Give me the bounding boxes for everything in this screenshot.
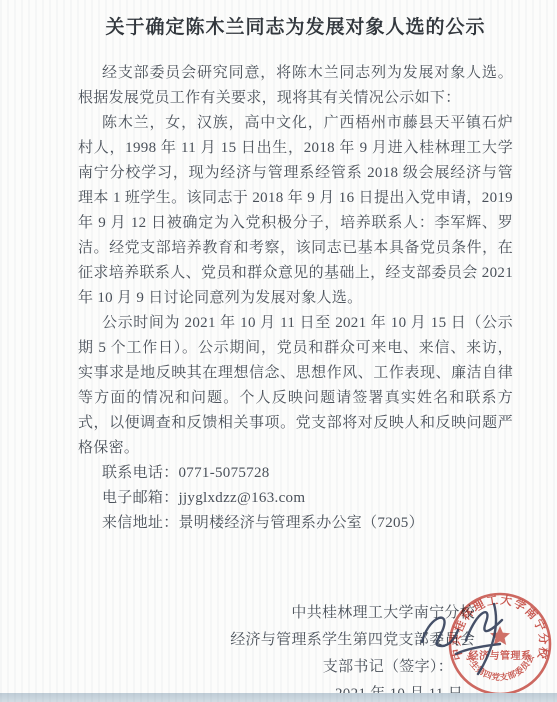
contact-address: 来信地址：景明楼经济与管理系办公室（7205）	[102, 511, 513, 536]
paragraph-profile: 陈木兰，女，汉族，高中文化，广西梧州市藤县天平镇石炉村人，1998 年 11 月…	[78, 111, 513, 311]
handwritten-signature	[408, 596, 528, 688]
scan-edge-band	[0, 693, 557, 702]
closing-secretary-signature-label: 支部书记（签字）：	[78, 654, 453, 681]
document-page: 关于确定陈木兰同志为发展对象人选的公示 经支部委员会研究同意，将陈木兰同志列为发…	[0, 0, 557, 702]
paragraph-publicity-period: 公示时间为 2021 年 10 月 11 日至 2021 年 10 月 15 日…	[78, 311, 513, 461]
contact-phone: 联系电话：0771-5075728	[102, 461, 513, 486]
document-title: 关于确定陈木兰同志为发展对象人选的公示	[78, 12, 513, 39]
paragraph-intro: 经支部委员会研究同意，将陈木兰同志列为发展对象人选。根据发展党员工作有关要求，现…	[78, 61, 513, 111]
contact-email: 电子邮箱：jjyglxdzz@163.com	[102, 486, 513, 511]
